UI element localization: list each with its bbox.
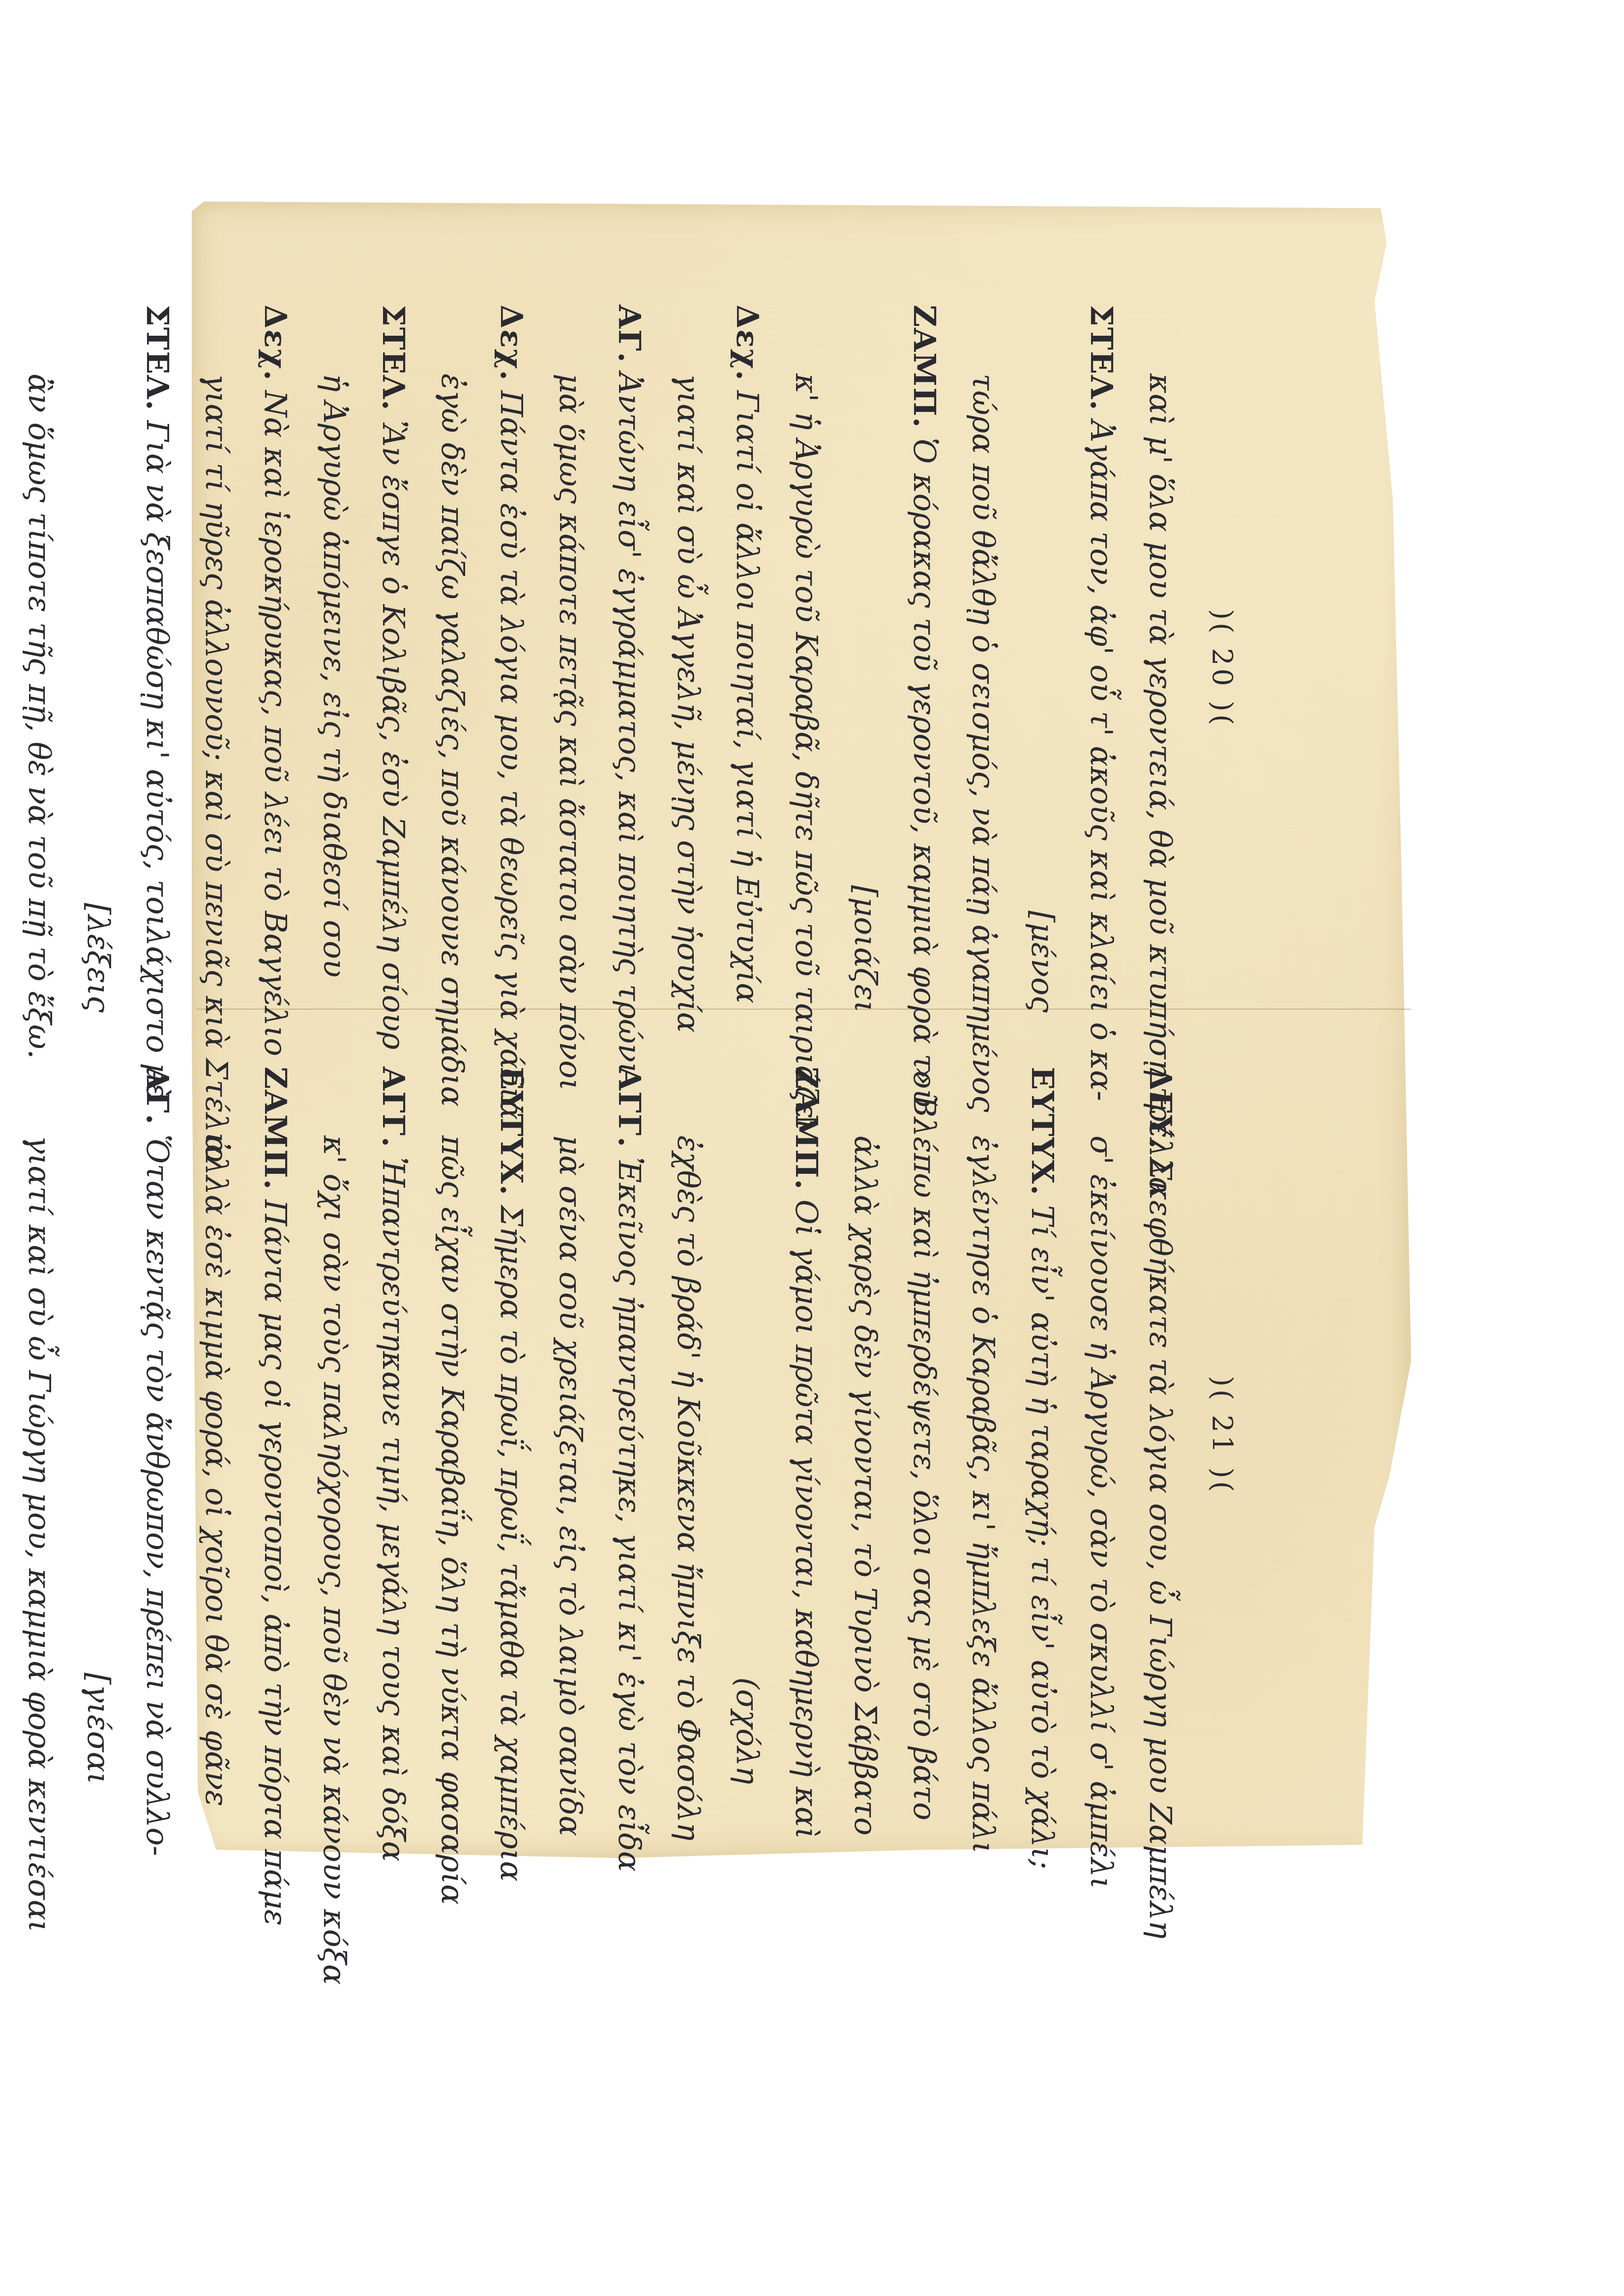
verse-text: Ὅταν κεντᾷς τὸν ἄνθρωπον, πρέπει νὰ συλλ… (140, 1134, 176, 1856)
verse-line: κ' ἡ Ἀργυρὼ τοῦ Καραβᾶ, δῆτε πῶς τοῦ ται… (777, 305, 836, 1032)
verse-line: ΣΤΕΛ.Ἀγάπα τον, ἀφ' οὗ τ' ἀκοῦς καὶ κλαί… (1072, 305, 1131, 1032)
speaker-label: ΣΤΕΛ. (140, 305, 176, 411)
verse-text: Ἂν ἔσπγε ὁ Κολιβᾶς, ἐσὺ Ζαμπέλη σίουρ (376, 420, 412, 1049)
verse-line: κ' ὄχι σὰν τοὺς παληόχορους, ποῦ θὲν νὰ … (305, 1067, 364, 1804)
speaker-label: ΖΑΜΠ. (258, 1067, 294, 1191)
verse-text: Σήμερα τὸ πρωΐ, πρωΐ, τἄμαθα τὰ χαμπέρια (494, 1205, 530, 1882)
verse-line: ΖΑΜΠ.Ποτέ μου δὲν τὸ λέρωσα, τὸ πρόσωπο … (0, 1067, 10, 1804)
verse-line: [λέξεις (69, 305, 128, 1032)
verse-line: ΕΥΤΥΧ.Τί εἶν' αὐτὴ ἡ ταραχή; τί εἶν' αὐτ… (1013, 1067, 1072, 1804)
verse-text: τώρα ποῦ θἄλθῃ ὁ σεισμός, νὰ πάῃ ἀγαπημέ… (966, 374, 1002, 1112)
verse-text: » Βλέπω καὶ ἠμπερδέψετε, ὅλοι σας μὲ στὸ… (907, 1067, 943, 1821)
verse-line: (σχόλη (718, 1067, 777, 1804)
verse-text: Ἠπαντρεύτηκανε τιμή, μεγάλη τους καὶ δόξ… (376, 1157, 412, 1862)
verse-line: ἐχθὲς τὸ βράδ' ἡ Κοῦκκενα ἤπνιξε τὸ Φασό… (659, 1067, 718, 1804)
speaker-label: ΑΓΓ. (376, 1067, 412, 1148)
verse-text: Οἱ γάμοι πρῶτα γίνονται, καθημερνὴ καὶ (789, 1199, 825, 1839)
verse-line: μὰ σένα σοῦ χρειάζεται, εἰς τὸ λαιμὸ σαν… (541, 1067, 600, 1804)
verse-text: κ' ὄχι σὰν τοὺς παληόχορους, ποῦ θὲν νὰ … (317, 1135, 353, 1985)
verse-line: γιατί τί ηῦρες ἀλλουνοῦ; καὶ σὺ πενιᾶς κ… (187, 305, 246, 1032)
speaker-label: ΣΤΕΛ. (1084, 305, 1120, 411)
verse-line: ΖΑΜΠ.Οἱ γάμοι πρῶτα γίνονται, καθημερνὴ … (777, 1067, 836, 1804)
verse-text: σ' ἐκείνουσε ἡ Ἀργυρώ, σὰν τὸ σκυλλί σ' … (1084, 1135, 1120, 1889)
verse-line: ΖΑΜΠ.Πάντα μας οἱ γεροντοποὶ, ἀπὸ τὴν πό… (246, 1067, 305, 1804)
verse-line: ἐγὼ δὲν παίζω γαλαζιές, ποῦ κάνουνε σημά… (423, 305, 482, 1032)
verse-line: γιατί καὶ σὺ ὦ Γιώργη μου, καμμιὰ φορὰ κ… (10, 1067, 69, 1804)
page-number: )( 20 )( (1205, 305, 1239, 1032)
verse-line: ΣΤΕΛ.Ἂν ἔσπγε ὁ Κολιβᾶς, ἐσὺ Ζαμπέλη σίο… (364, 305, 423, 1032)
speaker-label: ΣΤΕΛ. (376, 305, 412, 411)
verse-line: ΑΓΓ.Ἐκεῖνος ἠπαντρεύτηκε, γιατί κι' ἐγὼ … (600, 1067, 659, 1804)
verse-line: » Βλέπω καὶ ἠμπερδέψετε, ὅλοι σας μὲ στὸ… (895, 1067, 954, 1804)
verse-line: τώρα ποῦ θἄλθῃ ὁ σεισμός, νὰ πάῃ ἀγαπημέ… (954, 305, 1013, 1032)
verse-line: σ' ἐκείνουσε ἡ Ἀργυρώ, σὰν τὸ σκυλλί σ' … (1072, 1067, 1131, 1804)
verse-line: ἀλλὰ ἐσὲ κιμμὰ φορά, οἱ χοῖροι θὰ σὲ φᾶν… (187, 1067, 246, 1804)
verse-line: ἡ Ἀργυρὼ ἀπόμεινε, εἰς τὴ διαθεσί σου (305, 305, 364, 1032)
verse-text: γιατί καὶ σὺ ὦ Γιώργη μου, καμμιὰ φορὰ κ… (22, 1135, 58, 1932)
verse-line: [γιέσαι (69, 1067, 128, 1804)
verse-line: ΣΤΕΛ.Γιὰ νὰ ξεσπαθώσῃ κι' αὐτός, τοιλάχι… (128, 305, 187, 1032)
verse-text: γιατί τί ηῦρες ἀλλουνοῦ; καὶ σὺ πενιᾶς κ… (199, 374, 235, 1163)
speaker-label: ΖΑΜΠ. (789, 1067, 825, 1191)
verse-text: ἀλλὰ χαρὲς δὲν γίνονται, τὸ Τυρινὸ Σάββα… (848, 1135, 884, 1835)
verse-text: Σκεφθήκατε τὰ λόγια σου, ὦ Γιώργη μου Ζα… (1143, 1159, 1179, 1939)
verse-line: γιατί καὶ σὺ ὦ Ἀγγελῆ, μένῃς στὴν ἡσυχία (659, 305, 718, 1032)
verse-text: Νὰ καὶ ἱεροκήρυκας, ποῦ λέει τὸ Βαγγέλιο (258, 390, 294, 1056)
verse-text: ἂν ὅμως τίποτε τῆς πῇ, θὲ νὰ τοῦ πῇ τὸ ἔ… (22, 374, 58, 1059)
verse-text: Γιατί οἱ ἄλλοι ποιηταί, γιατί ἡ Εὐτυχία (730, 390, 766, 1003)
page-number: )( 21 )( (1205, 1067, 1239, 1804)
verse-text: ἐχθὲς τὸ βράδ' ἡ Κοῦκκενα ἤπνιξε τὸ Φασό… (671, 1135, 707, 1841)
speaker-label: ΖΑΜΠ. (907, 305, 943, 429)
verse-text: Γιὰ νὰ ξεσπαθώσῃ κι' αὐτός, τοιλάχιστο μ… (140, 420, 176, 1099)
page-20: )( 20 )( καὶ μ' ὅλα μου τὰ γεροντειά, θὰ… (216, 305, 1239, 1032)
verse-text: πῶς εἶχαν στὴν Καραβαΐη, ὅλη τὴ νύκτα φα… (435, 1135, 471, 1905)
verse-text: Ἀντώνη εἶσ' ἐγγράμματος, καὶ ποιητὴς τρώ… (612, 373, 648, 1075)
verse-text: ἀλλὰ ἐσὲ κιμμὰ φορά, οἱ χοῖροι θὰ σὲ φᾶν… (199, 1135, 235, 1806)
verse-text: μὰ ὅμως κάποτε πετᾷς καὶ ἄστατοι σὰν πόν… (553, 374, 589, 1091)
verse-line: ΔΕΥ.Σκεφθήκατε τὰ λόγια σου, ὦ Γιώργη μο… (1131, 1067, 1190, 1804)
verse-line: ΑΓΓ.Ἠπαντρεύτηκανε τιμή, μεγάλη τους καὶ… (364, 1067, 423, 1804)
verse-line: καὶ μ' ὅλα μου τὰ γεροντειά, θὰ μοῦ κτυπ… (1131, 305, 1190, 1032)
verse-text: γιατί καὶ σὺ ὦ Ἀγγελῆ, μένῃς στὴν ἡσυχία (671, 374, 707, 1033)
page-20-text: καὶ μ' ὅλα μου τὰ γεροντειά, θὰ μοῦ κτυπ… (0, 305, 1190, 1032)
speaker-label: Δεχ. (494, 305, 530, 381)
verse-line: πῶς εἶχαν στὴν Καραβαΐη, ὅλη τὴ νύκτα φα… (423, 1067, 482, 1804)
page-21: )( 21 )( ΔΕΥ.Σκεφθήκατε τὰ λόγια σου, ὦ … (216, 1067, 1239, 1804)
verse-text: [λέξεις (81, 903, 117, 1013)
verse-text: Ἀγάπα τον, ἀφ' οὗ τ' ἀκοῦς καὶ κλαίει ὁ … (1084, 420, 1120, 1101)
verse-line: ΕΥΤΥΧ.Σήμερα τὸ πρωΐ, πρωΐ, τἄμαθα τὰ χα… (482, 1067, 541, 1804)
page-21-text: ΔΕΥ.Σκεφθήκατε τὰ λόγια σου, ὦ Γιώργη μο… (0, 1067, 1190, 1804)
verse-text: (σχόλη (730, 1677, 766, 1784)
speaker-label: Δεχ. (730, 305, 766, 381)
verse-text: Πάντα ἐσὺ τὰ λόγια μου, τὰ θεωρεῖς γιὰ χ… (494, 390, 530, 1120)
verse-text: Πάντα μας οἱ γεροντοποὶ, ἀπὸ τὴν πόρτα π… (258, 1199, 294, 1926)
verse-text: Ἐκεῖνος ἠπαντρεύτηκε, γιατί κι' ἐγὼ τὸν … (612, 1157, 648, 1872)
verse-line: μὰ ὅμως κάποτε πετᾷς καὶ ἄστατοι σὰν πόν… (541, 305, 600, 1032)
speaker-label: ΕΥΤΥΧ. (494, 1067, 530, 1196)
verse-line: ΑΓ.Ἀντώνη εἶσ' ἐγγράμματος, καὶ ποιητὴς … (600, 305, 659, 1032)
speaker-label: ΑΓ. (612, 305, 648, 364)
verse-text: ἐγλέντησε ὁ Καραβᾶς, κι' ἤμπλεξε ἄλλος π… (966, 1135, 1002, 1854)
verse-text: ἐγὼ δὲν παίζω γαλαζιές, ποῦ κάνουνε σημά… (435, 374, 471, 1106)
verse-line: [μοιάζει (836, 305, 895, 1032)
verse-text: [μοιάζει (848, 885, 884, 1013)
verse-line: ἂν ὅμως τίποτε τῆς πῇ, θὲ νὰ τοῦ πῇ τὸ ἔ… (10, 305, 69, 1032)
verse-line: [μένος (1013, 305, 1072, 1032)
verse-text: μὰ σένα σοῦ χρειάζεται, εἰς τὸ λαιμὸ σαν… (553, 1135, 589, 1836)
verse-line: ΖΑΜΠ.Ὁ κόρακας τοῦ γεροντοῦ, καμμιὰ φορὰ… (895, 305, 954, 1032)
verse-line: Δεχ.Νὰ καὶ ἱεροκήρυκας, ποῦ λέει τὸ Βαγγ… (246, 305, 305, 1032)
verse-line: ἀλλὰ χαρὲς δὲν γίνονται, τὸ Τυρινὸ Σάββα… (836, 1067, 895, 1804)
speaker-label: ΑΓΓ. (612, 1067, 648, 1148)
verse-line: ΑΓ.Ὅταν κεντᾷς τὸν ἄνθρωπον, πρέπει νὰ σ… (128, 1067, 187, 1804)
verse-line: Δεχ.Πάντα ἐσὺ τὰ λόγια μου, τὰ θεωρεῖς γ… (482, 305, 541, 1032)
verse-text: ἡ Ἀργυρὼ ἀπόμεινε, εἰς τὴ διαθεσί σου (317, 374, 353, 978)
verse-line: Δεχ.Γιατί οἱ ἄλλοι ποιηταί, γιατί ἡ Εὐτυ… (718, 305, 777, 1032)
verse-text: Ὁ κόρακας τοῦ γεροντοῦ, καμμιὰ φορὰ τοῦ (907, 437, 943, 1107)
speaker-label: ΔΕΥ. (1143, 1067, 1179, 1150)
verse-text: [γιέσαι (81, 1673, 117, 1784)
verse-text: [μένος (1025, 911, 1061, 1013)
verse-text: Τί εἶν' αὐτὴ ἡ ταραχή; τί εἶν' αὐτὸ τὸ χ… (1025, 1205, 1061, 1869)
speaker-label: ΕΥΤΥΧ. (1025, 1067, 1061, 1196)
speaker-label: ΑΓ. (140, 1067, 176, 1126)
verse-line: Δεχ.Ἄλλοι κανγάδες κάνουνε, κι' ἐσὺ τηνὲ… (0, 305, 10, 1032)
speaker-label: Δεχ. (258, 305, 294, 381)
verse-text: κ' ἡ Ἀργυρὼ τοῦ Καραβᾶ, δῆτε πῶς τοῦ ται… (789, 374, 825, 1131)
verse-line: ἐγλέντησε ὁ Καραβᾶς, κι' ἤμπλεξε ἄλλος π… (954, 1067, 1013, 1804)
